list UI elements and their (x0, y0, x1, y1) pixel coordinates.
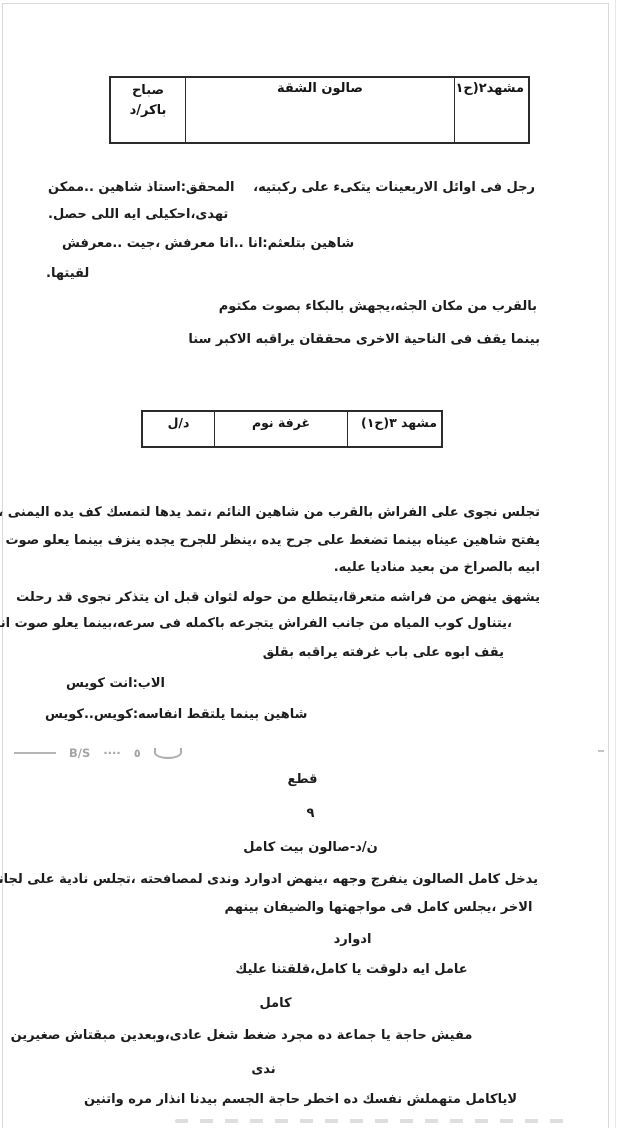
dialogue-line: مفيش حاجة يا جماعة ده مجرد ضغط شغل عادى،… (0, 1028, 617, 1043)
action-and-dialogue-row: رجل فى اوائل الاربعينات يتكىء على ركبتيه… (48, 180, 535, 195)
character-name-line: ادوارد (0, 932, 617, 947)
scanned-screenplay-page: { "document": { "language": "ar", "type"… (0, 0, 617, 1128)
dialogue-text: عامل ايه دلوقت يا كامل،قلقتنا عليك (235, 962, 467, 977)
seam-dash-mark (14, 752, 56, 754)
seam-curve-mark (154, 748, 182, 759)
seam-tick-mark (598, 750, 604, 752)
cropped-text-remnant (175, 1119, 565, 1123)
scene3-time-cell: د/ل (143, 412, 215, 446)
cut-transition-line: قطع (0, 772, 617, 787)
scene3-header-table: مشهد ٣(ح١) غرفة نوم د/ل (141, 410, 443, 448)
action-line: يشهق ينهض من فراشه متعرقا،يتطلع من حوله … (16, 590, 540, 605)
action-line: ،يتناول كوب المياه من جانب الفراش يتجرعه… (0, 616, 512, 631)
action-line-text: الاخر ،يجلس كامل فى مواجهتها والضيفان بي… (225, 900, 533, 915)
action-line: بينما يقف فى الناحية الاخرى محققان يراقب… (188, 332, 540, 347)
seam-code-text: B/S (69, 746, 90, 760)
action-line: بالقرب من مكان الجثه،يجهش بالبكاء بصوت م… (219, 299, 537, 314)
seam-dots-text: ···· (103, 746, 120, 760)
action-line: تجلس نجوى على الفراش بالقرب من شاهين الن… (0, 505, 540, 520)
scene3-location-cell: غرفة نوم (215, 412, 348, 446)
scene-number-text: ٩ (307, 806, 315, 821)
scene3-number-cell: مشهد ٣(ح١) (348, 412, 441, 446)
detective-dialogue-line: المحقق:استاذ شاهين ..ممكن (48, 180, 234, 195)
scene2-header-table: مشهد٢(ح١) صالون الشقة صباح باكر/د (109, 76, 530, 144)
action-line: ابيه بالصراخ من بعيد مناديا عليه. (334, 560, 540, 575)
action-line: رجل فى اوائل الاربعينات يتكىء على ركبتيه… (253, 180, 535, 195)
scene2-location-cell: صالون الشقة (186, 78, 455, 142)
cut-transition-text: قطع (287, 772, 317, 787)
action-line: يدخل كامل الصالون ينفرج وجهه ،ينهض ادوار… (0, 872, 538, 887)
scene2-number-cell: مشهد٢(ح١) (455, 78, 528, 142)
dialogue-line: عامل ايه دلوقت يا كامل،قلقتنا عليك (0, 962, 617, 977)
scene2-time-cell: صباح باكر/د (111, 78, 186, 142)
character-name-text: ندى (251, 1062, 275, 1077)
scene-number-line: ٩ (0, 806, 617, 821)
father-dialogue-line: الاب:انت كويس (66, 676, 165, 691)
character-name-text: كامل (259, 996, 291, 1011)
dialogue-text: لاياكامل متهملش نفسك ده اخطر حاجة الجسم … (84, 1092, 517, 1107)
shahin-dialogue-line: شاهين بتلعثم:انا ..انا معرفش ،جيت ..معرف… (62, 236, 354, 251)
page-seam-remnant: B/S ···· ٥ (14, 746, 182, 760)
shahin-dialogue-line: لقيتها. (46, 266, 89, 281)
seam-digit-text: ٥ (134, 746, 141, 760)
page-right-edge (615, 0, 617, 1128)
action-line: الاخر ،يجلس كامل فى مواجهتها والضيفان بي… (0, 900, 617, 915)
scene2-time-line1: صباح (111, 81, 185, 101)
action-line: يقف ابوه على باب غرفته يراقبه بقلق (263, 645, 504, 660)
dialogue-text: مفيش حاجة يا جماعة ده مجرد ضغط شغل عادى،… (11, 1028, 473, 1043)
scene2-time-line2: باكر/د (111, 101, 185, 121)
scene-heading-text: ن/د-صالون بيت كامل (243, 840, 378, 855)
shahin-dialogue-line: شاهين بينما يلتقط انفاسه:كويس..كويس (45, 707, 307, 722)
character-name-text: ادوارد (334, 932, 372, 947)
action-line: يفتح شاهين عيناه بينما تضغط على جرح يده … (5, 533, 540, 548)
dialogue-line: لاياكامل متهملش نفسك ده اخطر حاجة الجسم … (0, 1092, 617, 1107)
detective-dialogue-line: تهدى،احكيلى ايه اللى حصل. (48, 207, 228, 222)
character-name-line: ندى (0, 1062, 617, 1077)
character-name-line: كامل (0, 996, 617, 1011)
scene-heading-line: ن/د-صالون بيت كامل (0, 840, 617, 855)
